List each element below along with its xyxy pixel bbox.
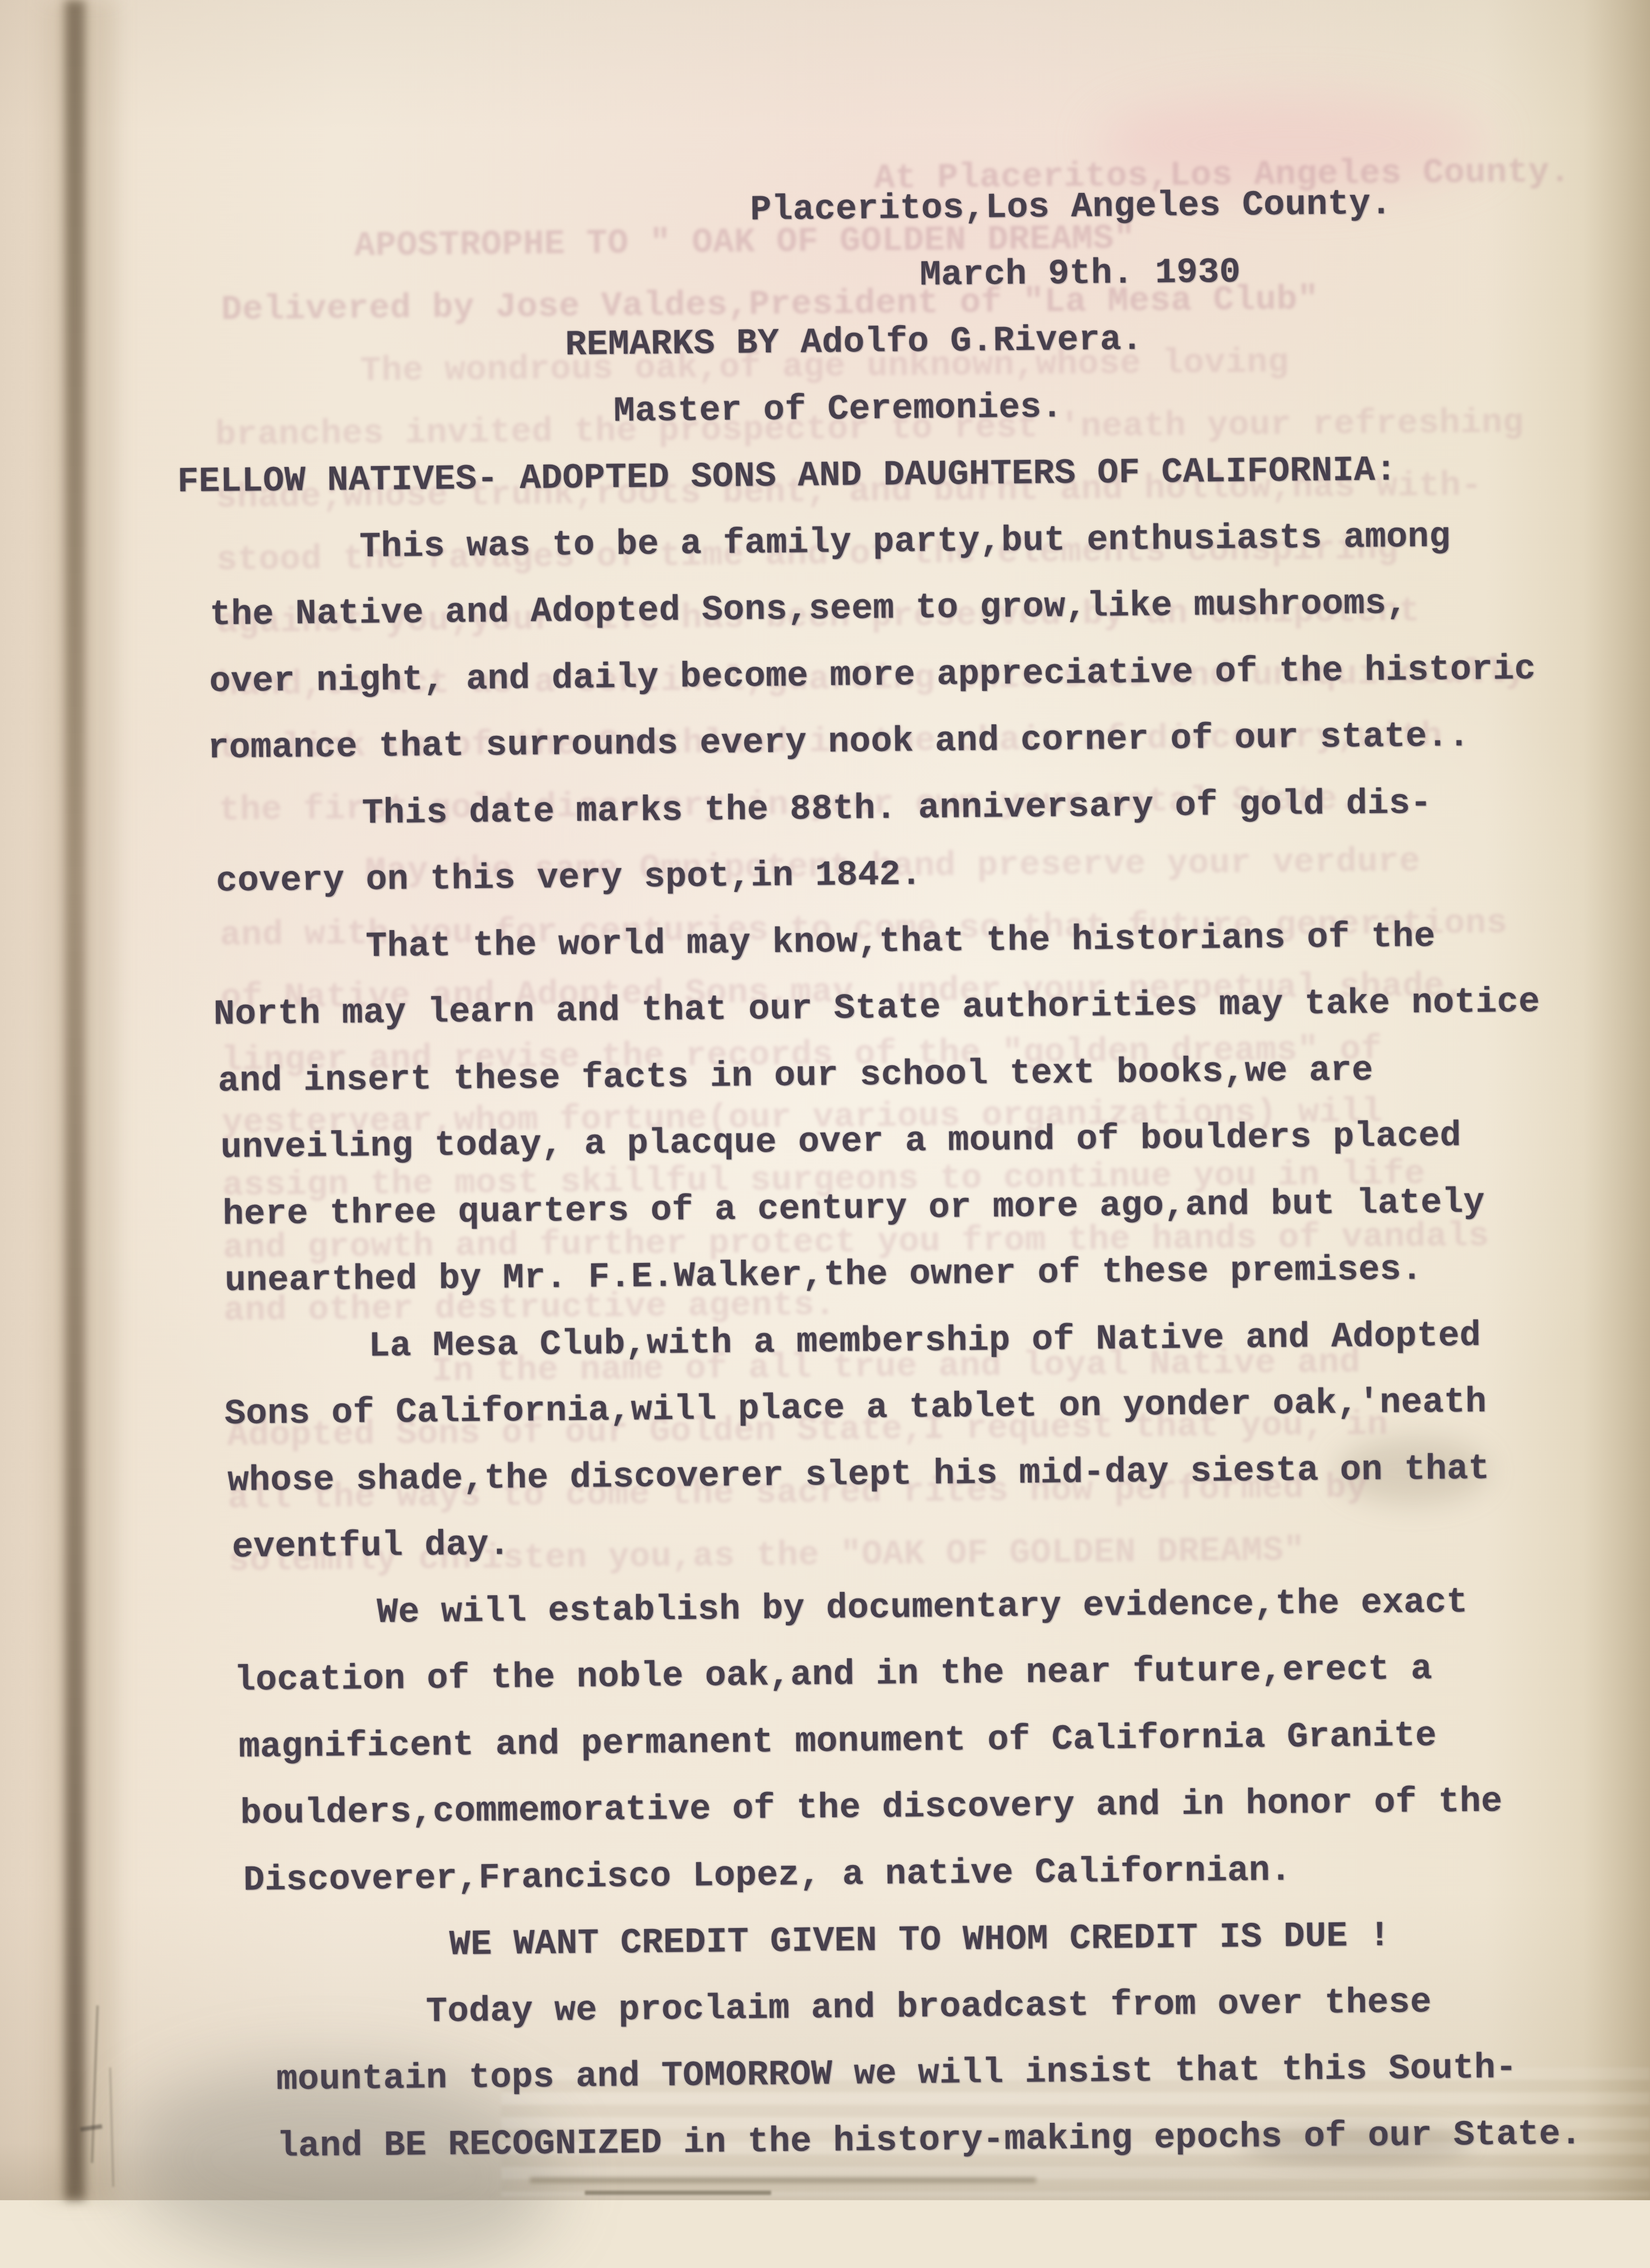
typed-line: March 9th. 1930 (920, 255, 1241, 293)
page-content: At Placeritos,Los Angeles County.APOSTRO… (0, 0, 1650, 2200)
typed-line: Discoverer,Francisco Lopez, a native Cal… (243, 1853, 1291, 1898)
typed-line: and insert these facts in our school tex… (218, 1053, 1373, 1099)
typed-line: unearthed by Mr. F.E.Walker,the owner of… (224, 1252, 1423, 1299)
typed-line: land BE RECOGNIZED in the history-making… (277, 2117, 1582, 2164)
scanned-document-page: At Placeritos,Los Angeles County.APOSTRO… (0, 0, 1650, 2200)
typed-line: magnificent and permanent monument of Ca… (239, 1718, 1437, 1765)
bleedthrough-text-layer: At Placeritos,Los Angeles County.APOSTRO… (0, 0, 1639, 8)
typed-line: This was to be a family party,but enthus… (360, 519, 1451, 565)
typed-line: mountain tops and TOMORROW we will insis… (276, 2050, 1517, 2098)
typed-line: Today we proclaim and broadcast from ove… (426, 1985, 1432, 2030)
typed-line: eventful day. (232, 1527, 510, 1565)
typed-line: Placeritos,Los Angeles County. (750, 187, 1392, 228)
typed-line: WE WANT CREDIT GIVEN TO WHOM CREDIT IS D… (449, 1918, 1391, 1963)
typed-line: That the world may know,that the histori… (366, 919, 1436, 965)
typed-line: covery on this very spot,in 1842. (216, 857, 922, 899)
typed-line: We will establish by documentary evidenc… (377, 1585, 1468, 1631)
typed-line: boulders,commemorative of the discovery … (240, 1784, 1502, 1831)
typewritten-text-layer: Placeritos,Los Angeles County.March 9th.… (0, 0, 1639, 8)
typed-line: La Mesa Club,with a membership of Native… (369, 1318, 1481, 1364)
typed-line: Master of Ceremonies. (613, 390, 1063, 429)
typed-line: location of the noble oak,and in the nea… (234, 1652, 1432, 1698)
typed-line: REMARKS BY Adolfo G.Rivera. (565, 322, 1143, 363)
typed-line: This date marks the 88th. anniversary of… (362, 786, 1432, 832)
